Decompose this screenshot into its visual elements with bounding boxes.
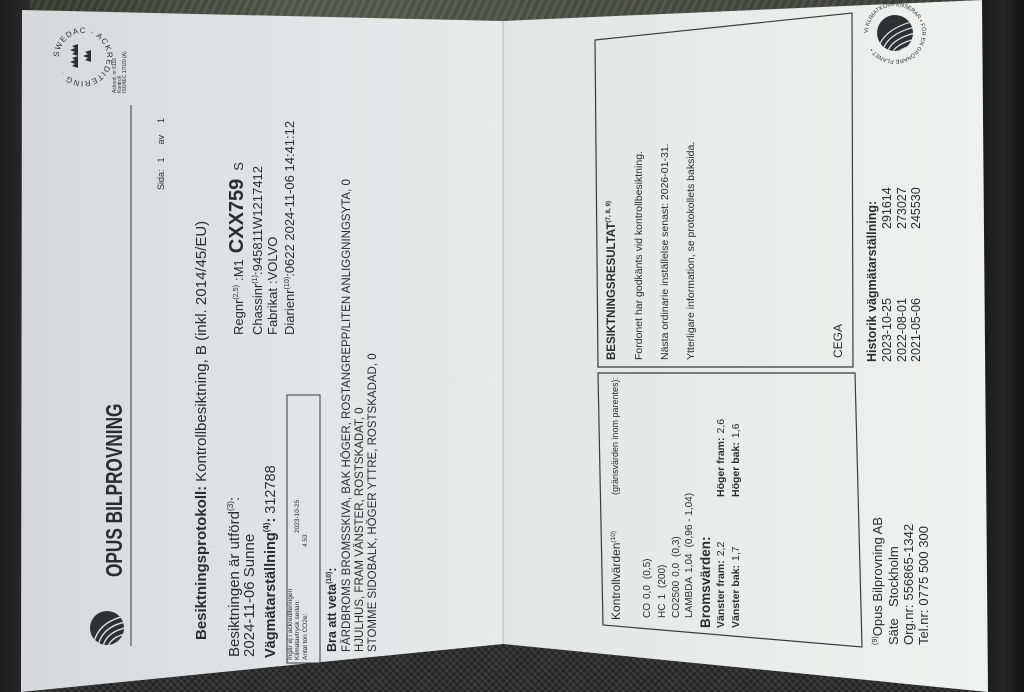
- three-crowns-icon: [70, 44, 91, 68]
- left-page-half: [21, 10, 503, 692]
- climate-co2-value: 4.53: [303, 534, 310, 547]
- swedac-seal-icon: SWEDAC · ACKREDITERING ·: [50, 24, 116, 90]
- brake-label: Vänster bak:: [730, 565, 742, 628]
- page-separator: av: [156, 135, 166, 145]
- climate-co2-label: Antal ton CO2e:: [303, 614, 310, 660]
- odometer-history-row: 2023-10-25291614: [881, 187, 894, 362]
- emission-name: CO: [642, 603, 653, 618]
- vehicle-category: :M1: [231, 259, 246, 281]
- brake-value: 2,6: [715, 419, 727, 434]
- good-to-know-heading: Bra att veta(10):: [326, 568, 339, 652]
- inspection-date-location: 2024-11-06 Sunne: [242, 534, 257, 657]
- emission-limit: (0,3): [671, 536, 682, 557]
- performed-footnote: (3): [226, 501, 235, 511]
- odometer-label: Vägmätarställning: [263, 532, 279, 658]
- limits-note: (gränsvärden inom parentes):: [611, 377, 620, 495]
- page-label: Sida:: [156, 169, 166, 190]
- inspector-signature: CEGA: [832, 324, 844, 358]
- result-line-more-info: Ytterligare information, se protokollets…: [686, 142, 697, 360]
- result-line-next-inspection: Nästa ordinarie inställelse senast: 2026…: [660, 143, 671, 360]
- page-indicator: Sida:1av1: [157, 118, 166, 190]
- brake-value-right-front: Höger fram:2,6: [716, 419, 727, 497]
- diarienr-value: :0622 2024-11-06 14:41:12: [282, 121, 297, 277]
- company-org-number: Org.nr:556865-1342: [902, 524, 915, 645]
- good-to-know-label: Bra att veta: [325, 584, 339, 652]
- diarienr-footnote: (10): [283, 277, 291, 290]
- result-footnote: (7, 8, 9): [605, 201, 612, 223]
- emission-limit: (0,96 - 1,04): [684, 493, 695, 547]
- emission-name: CO2500: [671, 581, 682, 618]
- fabrikat-row: Fabrikat:VOLVO: [266, 237, 279, 335]
- diarienr-row: Diarienr(10):0622 2024-11-06 14:41:12: [283, 121, 296, 335]
- odometer-reading: Vägmätarställning(4):312788: [264, 465, 279, 658]
- chassinr-footnote: (1): [251, 275, 259, 284]
- odometer-history-heading: Historik vägmätarställning:: [866, 201, 879, 362]
- brake-label: Höger bak:: [730, 442, 742, 497]
- brake-value-right-rear: Höger bak:1,6: [731, 424, 742, 497]
- odometer-history-row: 2021-05-06245530: [910, 187, 923, 362]
- result-line-approved: Fordonet har godkänts vid kontrollbesikt…: [634, 151, 645, 360]
- brand-wordmark: OPUS BILPROVNING: [103, 404, 126, 577]
- control-values-heading: Kontrollvärden(10): [610, 531, 622, 620]
- protocol-title: Besiktningsprotokoll:Kontrollbesiktning,…: [194, 221, 209, 640]
- brake-values-heading: Bromsvärden:: [699, 536, 713, 628]
- history-reading: 273027: [895, 187, 909, 229]
- chassinr-label: Chassinr: [250, 284, 265, 335]
- odometer-colon: :: [263, 518, 279, 523]
- remark-item: HJULHUS, FRAM VÄNSTER, ROSTSKADAT, 0: [355, 407, 367, 652]
- brake-label: Vänster fram:: [715, 560, 727, 628]
- opus-logo-icon: [89, 610, 125, 646]
- emission-value: 0,0: [671, 563, 682, 577]
- brake-value-left-rear: Vänster bak:1,7: [731, 546, 742, 628]
- emission-value: 1,04: [684, 553, 695, 572]
- seat-value: Stockholm: [886, 546, 901, 607]
- protocol-title-value: Kontrollbesiktning, B (inkl. 2014/45/EU): [193, 221, 210, 482]
- emission-value: 0,0: [642, 585, 653, 599]
- history-date: 2021-05-06: [910, 229, 923, 362]
- company-name-text: Opus Bilprovning AB: [870, 517, 885, 636]
- emission-name: HC: [657, 604, 668, 618]
- chassinr-row: Chassinr(1):945811W1217412: [251, 166, 264, 335]
- registration-plate: CXX759: [226, 179, 248, 254]
- page-current: 1: [156, 157, 166, 162]
- fabrikat-value: :VOLVO: [265, 237, 280, 284]
- odometer-history-row: 2022-08-01273027: [896, 187, 909, 362]
- regnr-row: Regnr(2,5):M1CXX759S: [227, 162, 247, 335]
- registration-suffix: S: [231, 162, 246, 171]
- remark-item: FÄRDBROMS BROMSSKIVA, BAK HÖGER, ROSTANG…: [342, 179, 354, 652]
- emission-limit: (0,5): [642, 559, 653, 580]
- emission-row: LAMBDA1,04(0,96 - 1,04): [685, 493, 695, 618]
- emission-row: CO0,0(0,5): [643, 559, 653, 618]
- org-label: Org.nr:: [901, 605, 916, 645]
- org-value: 556865-1342: [901, 524, 916, 601]
- brake-value-left-front: Vänster fram:2,2: [716, 542, 727, 628]
- result-label: BESIKTNINGSRESULTAT: [606, 223, 618, 360]
- company-seat: SäteStockholm: [887, 546, 900, 645]
- chassinr-value: :945811W1217412: [250, 166, 265, 275]
- page-total: 1: [156, 118, 166, 123]
- tel-label: Tel.nr:: [916, 610, 931, 645]
- climate-compensation-logo-icon: VI KLIMATKOMPENSERAR • FÖR EN GRÖNARE PL…: [863, 1, 927, 65]
- emission-limit: (200): [657, 565, 668, 588]
- svg-text:SWEDAC · ACKREDITERING ·: SWEDAC · ACKREDITERING ·: [52, 26, 114, 88]
- control-values-footnote: (10): [610, 531, 617, 543]
- accreditation-standard: ISO/IEC 17020 (A): [123, 51, 128, 93]
- history-reading: 245530: [909, 187, 923, 229]
- remark-item: STOMME SIDOBALK, HÖGER YTTRE, ROSTSKADAD…: [368, 353, 380, 652]
- regnr-footnote: (2,5): [232, 285, 240, 300]
- history-date: 2023-10-25: [881, 229, 894, 362]
- emission-row: HC1(200): [658, 565, 668, 618]
- inspection-performed-label: Besiktningen är utförd(3):: [227, 497, 242, 657]
- company-name: (9)Opus Bilprovning AB: [871, 517, 884, 645]
- diarienr-label: Diarienr: [282, 289, 297, 335]
- emission-name: LAMBDA: [684, 577, 695, 618]
- emission-value: 1: [657, 594, 668, 600]
- seat-label: Säte: [887, 607, 900, 645]
- protocol-title-label: Besiktningsprotokoll:: [193, 486, 210, 640]
- brake-value: 1,6: [730, 424, 742, 439]
- brake-value: 2,2: [715, 542, 727, 557]
- brake-label: Höger fram:: [715, 437, 727, 497]
- odometer-value: 312788: [263, 465, 279, 513]
- company-footnote: (9): [871, 636, 879, 645]
- climate-since-value: 2023-10-25: [295, 500, 302, 533]
- brake-value: 1,7: [730, 546, 742, 561]
- history-reading: 291614: [880, 187, 894, 229]
- regnr-label: Regnr: [231, 300, 246, 335]
- odometer-footnote: (4): [262, 523, 271, 533]
- control-values-label: Kontrollvärden: [609, 543, 623, 620]
- tel-value: 0775 500 300: [916, 526, 931, 606]
- seal-ring-text: SWEDAC · ACKREDITERING ·: [52, 26, 114, 88]
- climate-since-label: Klimatavtryck sedan:: [295, 600, 302, 660]
- good-to-know-footnote: (10): [326, 572, 333, 584]
- emission-row: CO25000,0(0,3): [672, 536, 682, 618]
- company-phone: Tel.nr:0775 500 300: [917, 526, 930, 645]
- history-date: 2022-08-01: [896, 229, 909, 362]
- result-heading: BESIKTNINGSRESULTAT(7, 8, 9): [607, 201, 619, 360]
- fabrikat-label: Fabrikat: [265, 288, 280, 335]
